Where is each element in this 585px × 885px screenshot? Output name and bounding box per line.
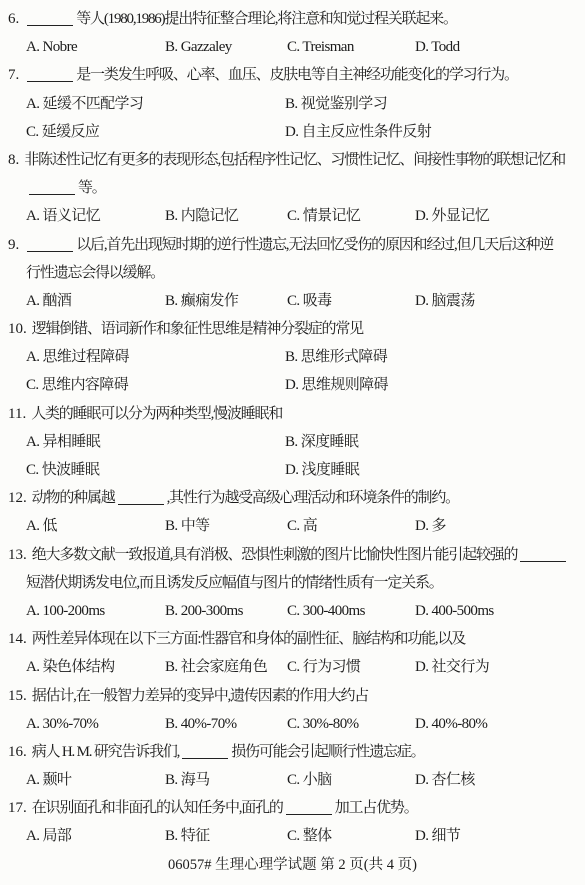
stem-text: 等。: [78, 180, 106, 196]
option-b: B. 深度睡眠: [285, 428, 577, 456]
option-c: C. 小脑: [287, 766, 415, 794]
question-number: 9.: [8, 237, 19, 253]
option-d: D. 脑震荡: [415, 287, 577, 315]
exam-page: 6.等人(1980,1986)提出特征整合理论,将注意和知觉过程关联起来。 A.…: [0, 0, 585, 879]
option-c: C. 情景记忆: [287, 202, 415, 230]
option-a: A. Nobre: [26, 33, 165, 61]
question-stem: 6.等人(1980,1986)提出特征整合理论,将注意和知觉过程关联起来。: [8, 5, 577, 33]
stem-continuation: 短潜伏期诱发电位,而且诱发反应幅值与图片的情绪性质有一定关系。: [8, 569, 577, 597]
question-number: 17.: [8, 800, 27, 816]
options-row: A. 低 B. 中等 C. 高 D. 多: [8, 512, 577, 540]
option-d: D. 400-500ms: [415, 597, 577, 625]
question-stem: 9.以后,首先出现短时期的逆行性遗忘,无法回忆受伤的原因和经过,但几天后这种逆: [8, 231, 577, 259]
option-d: D. 自主反应性条件反射: [285, 118, 577, 146]
stem-text: ,其性行为越受高级心理活动和环境条件的制约。: [167, 490, 459, 506]
question-stem: 14.两性差异体现在以下三方面:性器官和身体的副性征、脑结构和功能,以及: [8, 625, 577, 653]
stem-continuation: 等。: [8, 174, 577, 202]
option-a: A. 延缓不匹配学习: [26, 90, 285, 118]
options-row: C. 快波睡眠 D. 浅度睡眠: [8, 456, 577, 484]
question-number: 13.: [8, 547, 27, 563]
blank-underline: [27, 67, 73, 82]
question-16: 16.病人 H. M. 研究告诉我们,损伤可能会引起顺行性遗忘症。 A. 颞叶 …: [8, 738, 577, 794]
option-a: A. 语义记忆: [26, 202, 165, 230]
options-row: A. 100-200ms B. 200-300ms C. 300-400ms D…: [8, 597, 577, 625]
stem-text: 两性差异体现在以下三方面:性器官和身体的副性征、脑结构和功能,以及: [32, 631, 465, 647]
question-13: 13.绝大多数文献一致报道,具有消极、恐惧性刺激的图片比愉快性图片能引起较强的 …: [8, 541, 577, 626]
option-a: A. 局部: [26, 822, 165, 850]
option-a: A. 酗酒: [26, 287, 165, 315]
option-c: C. 30%-80%: [287, 710, 415, 738]
option-a: A. 染色体结构: [26, 653, 165, 681]
question-stem: 12.动物的种属越,其性行为越受高级心理活动和环境条件的制约。: [8, 484, 577, 512]
question-10: 10.逻辑倒错、语词新作和象征性思维是精神分裂症的常见 A. 思维过程障碍 B.…: [8, 315, 577, 400]
option-c: C. 高: [287, 512, 415, 540]
option-a: A. 思维过程障碍: [26, 343, 285, 371]
options-row: A. 延缓不匹配学习 B. 视觉鉴别学习: [8, 90, 577, 118]
option-a: A. 异相睡眠: [26, 428, 285, 456]
option-d: D. 40%-80%: [415, 710, 577, 738]
blank-underline: [27, 237, 73, 252]
blank-underline: [29, 180, 75, 195]
option-b: B. 癫痫发作: [165, 287, 287, 315]
options-row: A. Nobre B. Gazzaley C. Treisman D. Todd: [8, 33, 577, 61]
options-row: A. 酗酒 B. 癫痫发作 C. 吸毒 D. 脑震荡: [8, 287, 577, 315]
stem-text: 病人 H. M. 研究告诉我们,: [32, 744, 179, 760]
stem-text: 是一类发生呼吸、心率、血压、皮肤电等自主神经功能变化的学习行为。: [76, 67, 518, 83]
question-number: 11.: [8, 406, 26, 422]
option-d: D. 外显记忆: [415, 202, 577, 230]
option-a: A. 30%-70%: [26, 710, 165, 738]
option-b: B. 海马: [165, 766, 287, 794]
stem-text: 绝大多数文献一致报道,具有消极、恐惧性刺激的图片比愉快性图片能引起较强的: [32, 547, 518, 563]
options-row: A. 异相睡眠 B. 深度睡眠: [8, 428, 577, 456]
stem-text: 据估计,在一般智力差异的变异中,遗传因素的作用大约占: [32, 688, 368, 704]
option-d: D. 浅度睡眠: [285, 456, 577, 484]
question-stem: 7.是一类发生呼吸、心率、血压、皮肤电等自主神经功能变化的学习行为。: [8, 61, 577, 89]
blank-underline: [27, 11, 73, 26]
option-b: B. 视觉鉴别学习: [285, 90, 577, 118]
question-stem: 10.逻辑倒错、语词新作和象征性思维是精神分裂症的常见: [8, 315, 577, 343]
question-7: 7.是一类发生呼吸、心率、血压、皮肤电等自主神经功能变化的学习行为。 A. 延缓…: [8, 61, 577, 146]
option-b: B. 思维形式障碍: [285, 343, 577, 371]
option-c: C. 快波睡眠: [26, 456, 285, 484]
question-stem: 15.据估计,在一般智力差异的变异中,遗传因素的作用大约占: [8, 682, 577, 710]
question-number: 7.: [8, 67, 19, 83]
stem-text: 行性遗忘会得以缓解。: [26, 265, 164, 281]
option-b: B. 40%-70%: [165, 710, 287, 738]
option-b: B. 中等: [165, 512, 287, 540]
options-row: A. 语义记忆 B. 内隐记忆 C. 情景记忆 D. 外显记忆: [8, 202, 577, 230]
question-stem: 16.病人 H. M. 研究告诉我们,损伤可能会引起顺行性遗忘症。: [8, 738, 577, 766]
option-a: A. 颞叶: [26, 766, 165, 794]
question-8: 8.非陈述性记忆有更多的表现形态,包括程序性记忆、习惯性记忆、间接性事物的联想记…: [8, 146, 577, 231]
stem-text: 等人(1980,1986)提出特征整合理论,将注意和知觉过程关联起来。: [76, 11, 457, 27]
option-c: C. 300-400ms: [287, 597, 415, 625]
stem-text: 短潜伏期诱发电位,而且诱发反应幅值与图片的情绪性质有一定关系。: [26, 575, 443, 591]
question-stem: 11.人类的睡眠可以分为两种类型,慢波睡眠和: [8, 400, 577, 428]
question-number: 16.: [8, 744, 27, 760]
blank-underline: [520, 547, 566, 562]
page-footer: 06057# 生理心理学试题 第 2 页(共 4 页): [8, 851, 577, 879]
option-c: C. 思维内容障碍: [26, 371, 285, 399]
question-number: 15.: [8, 688, 27, 704]
stem-text: 动物的种属越: [32, 490, 115, 506]
question-12: 12.动物的种属越,其性行为越受高级心理活动和环境条件的制约。 A. 低 B. …: [8, 484, 577, 540]
question-number: 10.: [8, 321, 27, 337]
option-d: D. 多: [415, 512, 577, 540]
question-6: 6.等人(1980,1986)提出特征整合理论,将注意和知觉过程关联起来。 A.…: [8, 5, 577, 61]
stem-text: 逻辑倒错、语词新作和象征性思维是精神分裂症的常见: [32, 321, 363, 337]
options-row: C. 思维内容障碍 D. 思维规则障碍: [8, 371, 577, 399]
question-stem: 17.在识别面孔和非面孔的认知任务中,面孔的加工占优势。: [8, 794, 577, 822]
stem-text: 加工占优势。: [335, 800, 418, 816]
question-9: 9.以后,首先出现短时期的逆行性遗忘,无法回忆受伤的原因和经过,但几天后这种逆 …: [8, 231, 577, 316]
option-d: D. 思维规则障碍: [285, 371, 577, 399]
option-c: C. 吸毒: [287, 287, 415, 315]
option-b: B. 内隐记忆: [165, 202, 287, 230]
question-number: 14.: [8, 631, 27, 647]
option-d: D. 杏仁核: [415, 766, 577, 794]
option-b: B. 社会家庭角色: [165, 653, 287, 681]
options-row: A. 30%-70% B. 40%-70% C. 30%-80% D. 40%-…: [8, 710, 577, 738]
options-row: A. 思维过程障碍 B. 思维形式障碍: [8, 343, 577, 371]
option-b: B. Gazzaley: [165, 33, 287, 61]
question-11: 11.人类的睡眠可以分为两种类型,慢波睡眠和 A. 异相睡眠 B. 深度睡眠 C…: [8, 400, 577, 485]
option-b: B. 200-300ms: [165, 597, 287, 625]
option-c: C. Treisman: [287, 33, 415, 61]
option-c: C. 整体: [287, 822, 415, 850]
question-number: 12.: [8, 490, 27, 506]
options-row: A. 局部 B. 特征 C. 整体 D. 细节: [8, 822, 577, 850]
blank-underline: [286, 800, 332, 815]
question-17: 17.在识别面孔和非面孔的认知任务中,面孔的加工占优势。 A. 局部 B. 特征…: [8, 794, 577, 850]
option-d: D. 细节: [415, 822, 577, 850]
question-14: 14.两性差异体现在以下三方面:性器官和身体的副性征、脑结构和功能,以及 A. …: [8, 625, 577, 681]
stem-text: 人类的睡眠可以分为两种类型,慢波睡眠和: [31, 406, 282, 422]
question-number: 8.: [8, 152, 19, 168]
stem-text: 以后,首先出现短时期的逆行性遗忘,无法回忆受伤的原因和经过,但几天后这种逆: [76, 237, 553, 253]
stem-text: 在识别面孔和非面孔的认知任务中,面孔的: [32, 800, 283, 816]
option-d: D. Todd: [415, 33, 577, 61]
blank-underline: [118, 490, 164, 505]
stem-text: 非陈述性记忆有更多的表现形态,包括程序性记忆、习惯性记忆、间接性事物的联想记忆和: [24, 152, 565, 168]
options-row: C. 延缓反应 D. 自主反应性条件反射: [8, 118, 577, 146]
options-row: A. 染色体结构 B. 社会家庭角色 C. 行为习惯 D. 社交行为: [8, 653, 577, 681]
question-stem: 13.绝大多数文献一致报道,具有消极、恐惧性刺激的图片比愉快性图片能引起较强的: [8, 541, 577, 569]
option-d: D. 社交行为: [415, 653, 577, 681]
question-number: 6.: [8, 11, 19, 27]
option-b: B. 特征: [165, 822, 287, 850]
option-a: A. 100-200ms: [26, 597, 165, 625]
stem-continuation: 行性遗忘会得以缓解。: [8, 259, 577, 287]
options-row: A. 颞叶 B. 海马 C. 小脑 D. 杏仁核: [8, 766, 577, 794]
option-a: A. 低: [26, 512, 165, 540]
question-15: 15.据估计,在一般智力差异的变异中,遗传因素的作用大约占 A. 30%-70%…: [8, 682, 577, 738]
option-c: C. 延缓反应: [26, 118, 285, 146]
option-c: C. 行为习惯: [287, 653, 415, 681]
blank-underline: [182, 744, 228, 759]
question-stem: 8.非陈述性记忆有更多的表现形态,包括程序性记忆、习惯性记忆、间接性事物的联想记…: [8, 146, 577, 174]
stem-text: 损伤可能会引起顺行性遗忘症。: [231, 744, 424, 760]
